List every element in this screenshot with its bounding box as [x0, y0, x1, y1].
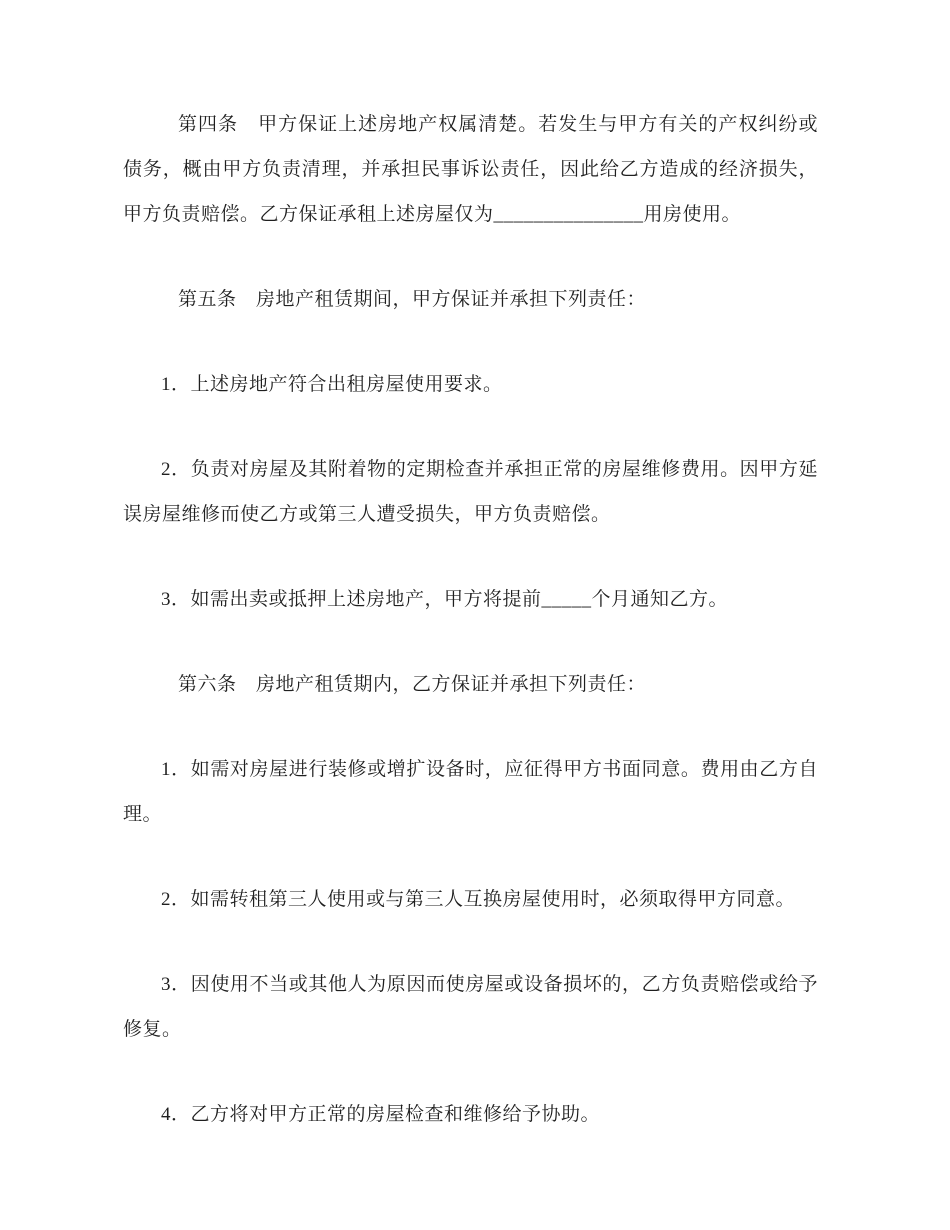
clause-5-item-3-paragraph: 3．如需出卖或抵押上述房地产，甲方将提前_____个月通知乙方。 [123, 577, 818, 622]
clause-6-item-1-paragraph: 1．如需对房屋进行装修或增扩设备时，应征得甲方书面同意。费用由乙方自理。 [123, 747, 818, 837]
clause-6-item-3-paragraph: 3．因使用不当或其他人为原因而使房屋或设备损坏的，乙方负责赔偿或给予修复。 [123, 962, 818, 1052]
clause-5-item-2-paragraph: 2．负责对房屋及其附着物的定期检查并承担正常的房屋维修费用。因甲方延误房屋维修而… [123, 447, 818, 537]
contract-document-page: 第四条 甲方保证上述房地产权属清楚。若发生与甲方有关的产权纠纷或债务，概由甲方负… [0, 0, 950, 1230]
clause-4-paragraph: 第四条 甲方保证上述房地产权属清楚。若发生与甲方有关的产权纠纷或债务，概由甲方负… [123, 102, 818, 237]
clause-6-item-2-paragraph: 2．如需转租第三人使用或与第三人互换房屋使用时，必须取得甲方同意。 [123, 877, 818, 922]
clause-6-heading: 第六条 房地产租赁期内，乙方保证并承担下列责任： [123, 662, 818, 707]
contract-body: 第四条 甲方保证上述房地产权属清楚。若发生与甲方有关的产权纠纷或债务，概由甲方负… [123, 102, 818, 1177]
clause-5-heading: 第五条 房地产租赁期间，甲方保证并承担下列责任： [123, 277, 818, 322]
clause-6-item-4-paragraph: 4．乙方将对甲方正常的房屋检查和维修给予协助。 [123, 1092, 818, 1137]
clause-5-item-1-paragraph: 1．上述房地产符合出租房屋使用要求。 [123, 362, 818, 407]
